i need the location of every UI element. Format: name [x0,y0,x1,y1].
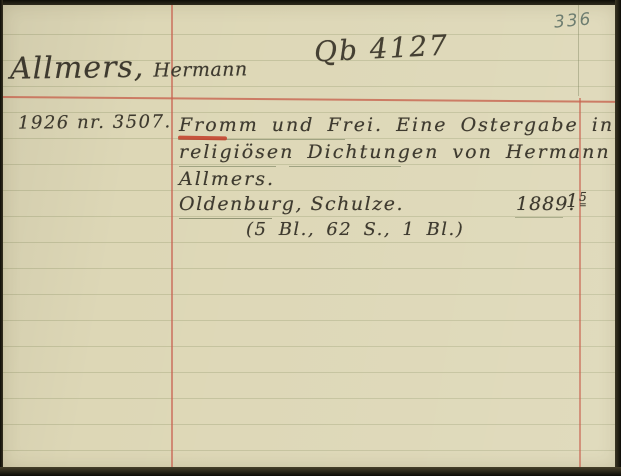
scan-edge-left [0,0,3,476]
dichtungen-underline [289,166,401,167]
card-paper: 336 Qb 4127 Allmers, Hermann 1926 nr. 35… [2,4,617,468]
accession-number: 1926 nr. 3507. [18,111,172,133]
author-heading: Allmers, Hermann [10,48,248,86]
price-mark: = [579,202,587,211]
catalog-card-scan: 336 Qb 4127 Allmers, Hermann 1926 nr. 35… [0,0,621,476]
title-line-2: religiösen Dichtungen von Hermann [179,141,611,163]
price-fraction: 5= [579,191,587,211]
page-number-pencil: 336 [553,9,593,32]
author-surname: Allmers, [10,50,145,87]
title-line-3: Allmers. [179,168,275,190]
scan-edge-top [0,0,621,5]
year-underline [515,217,563,218]
imprint: Oldenburg, Schulze. [179,193,404,215]
price-digit: 1 [566,190,578,212]
fromm-red-underline [178,136,227,141]
scan-edge-right [615,0,621,476]
call-number: Qb 4127 [313,28,450,68]
author-forename: Hermann [153,58,248,81]
religioesen-underline [179,166,276,167]
price-notation: 15= [566,190,587,212]
title-line-1: Fromm und Frei. Eine Ostergabe in [179,114,614,136]
heading-red-rule [2,96,621,103]
collation-statement: (5 Bl., 62 S., 1 Bl.) [246,219,464,240]
scan-edge-bottom [0,467,621,476]
